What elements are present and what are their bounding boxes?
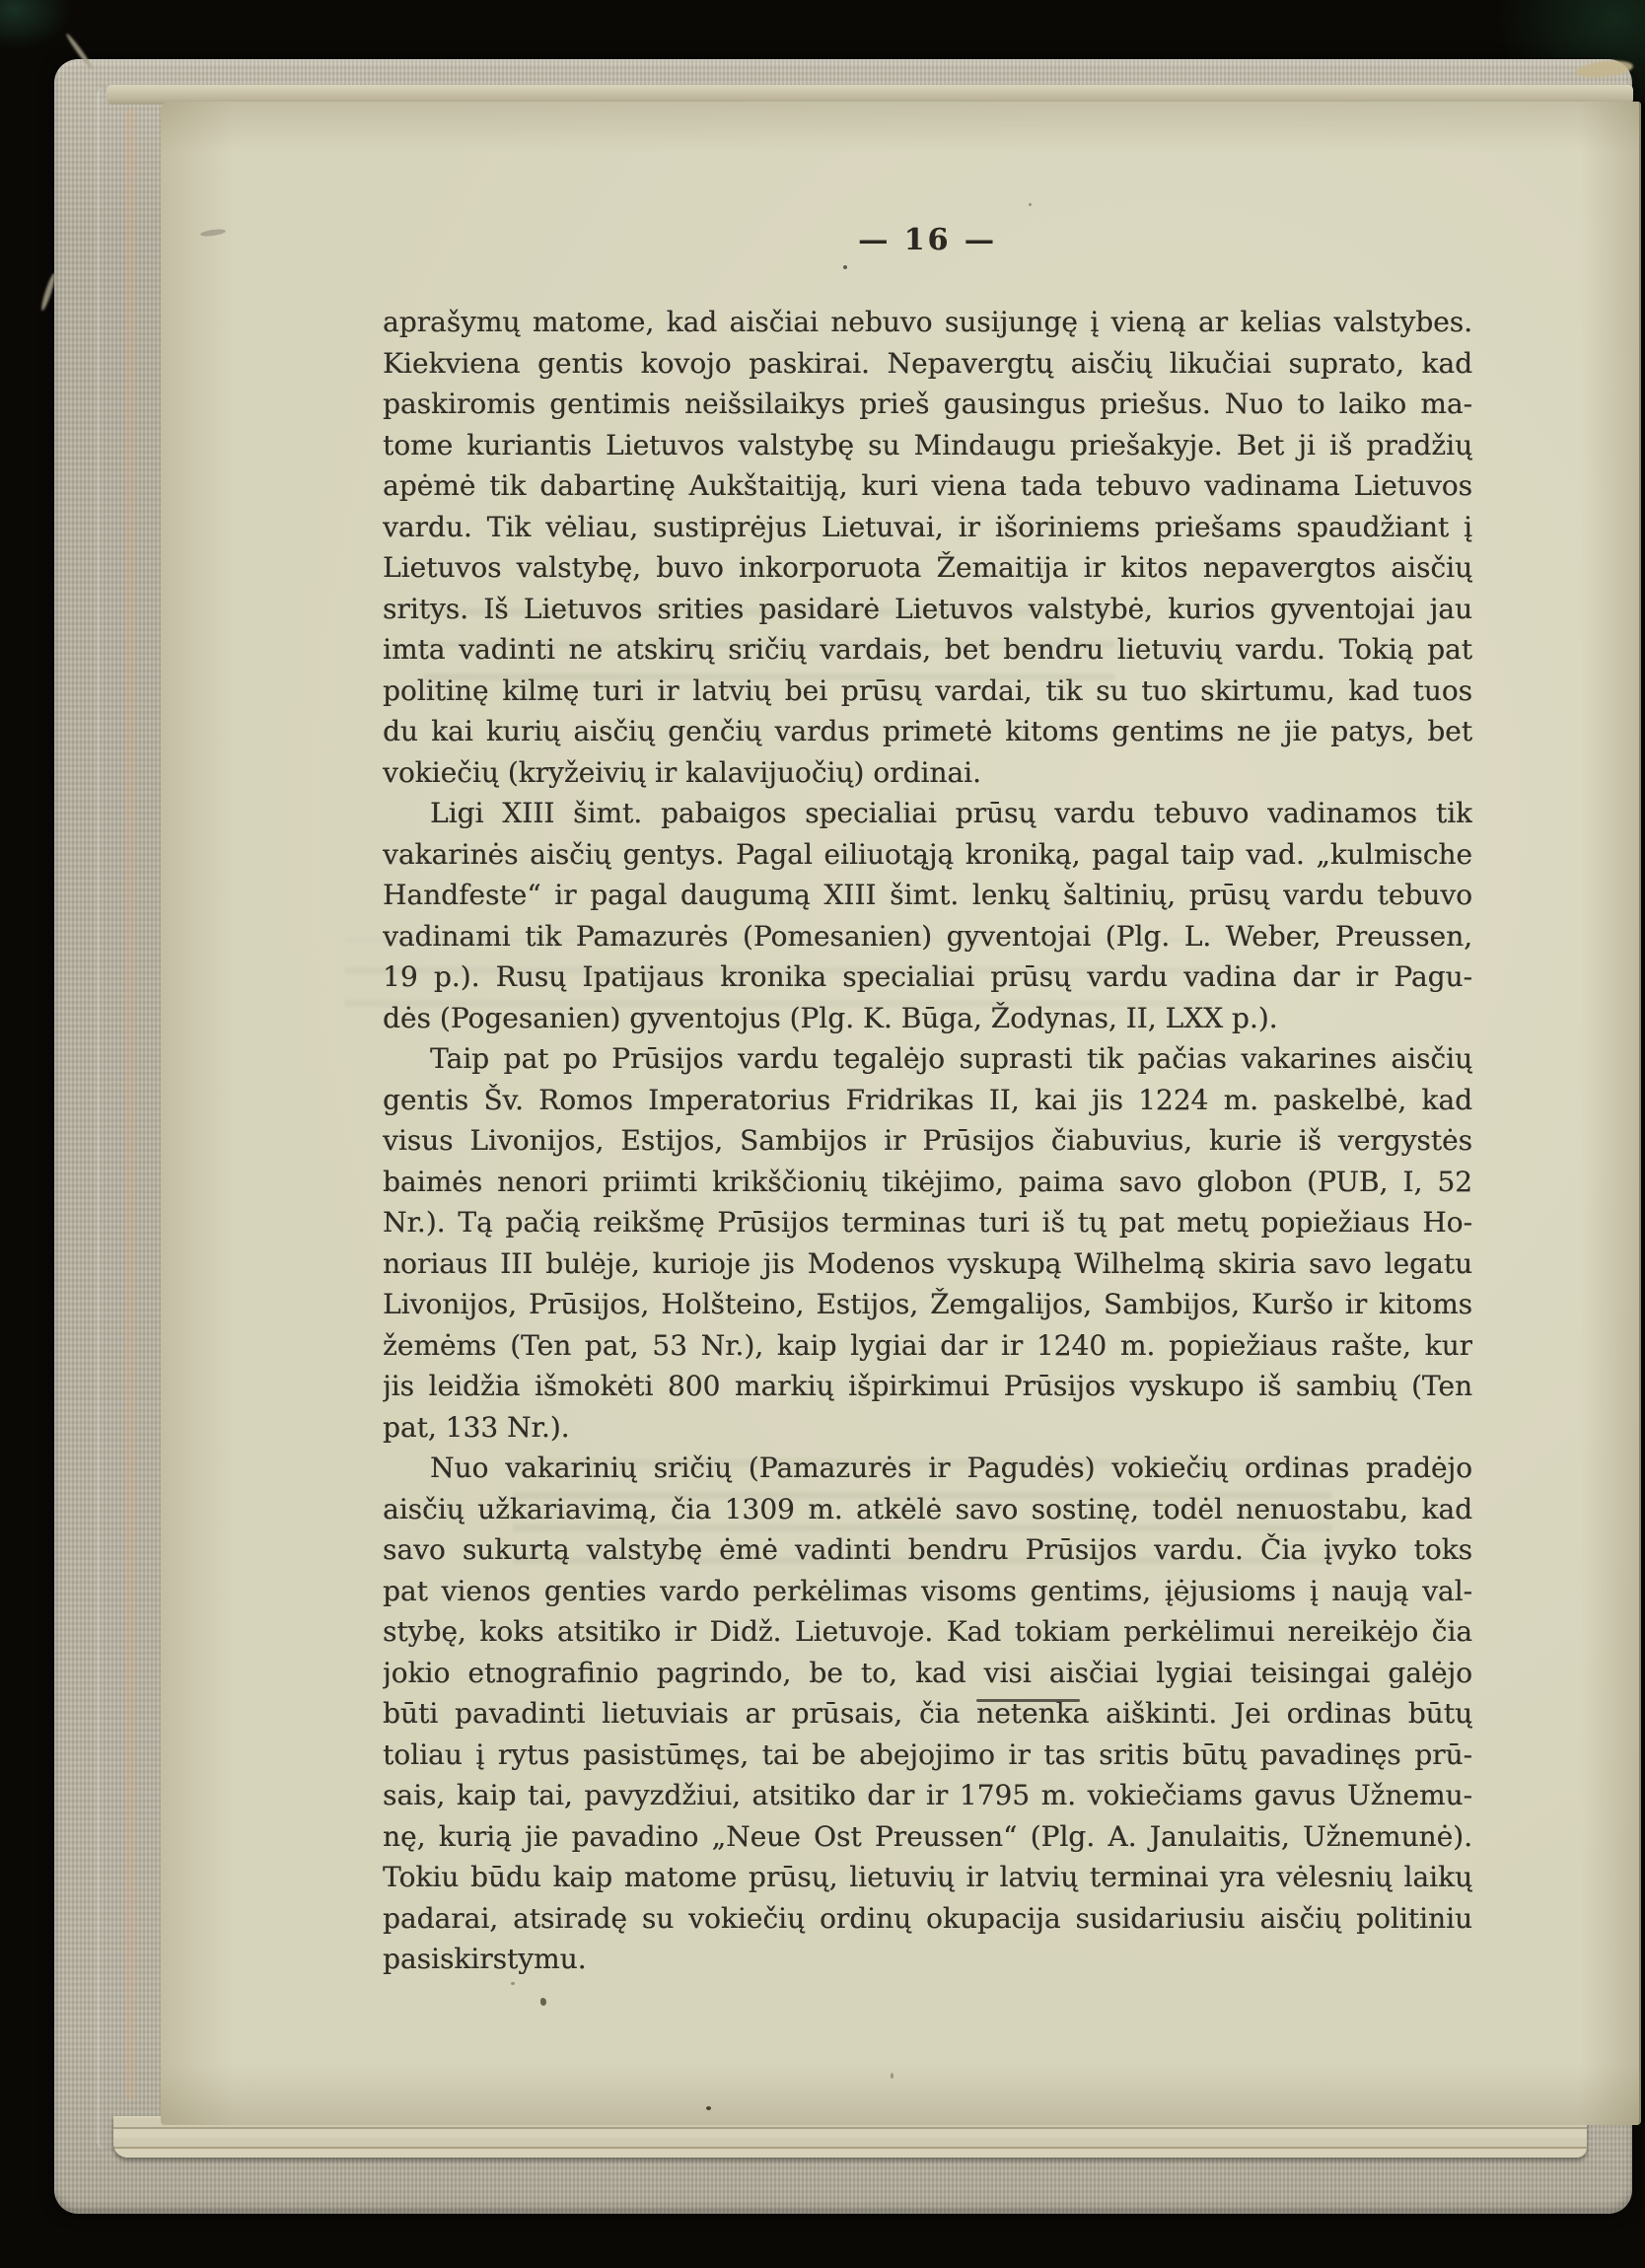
text-line: Nuo vakarinių sričių (Pamazurės ir Pagud… bbox=[383, 1448, 1472, 1489]
text-line: dės (Pogesanien) gyventojus (Plg. K. Būg… bbox=[383, 998, 1472, 1039]
text-line: žemėms (Ten pat, 53 Nr.), kaip lygiai da… bbox=[383, 1325, 1472, 1367]
text-line: vakarinės aisčių gentys. Pagal eiliuotąj… bbox=[383, 834, 1472, 876]
page-edge-stack-tint bbox=[126, 108, 140, 2100]
text-line: vardu. Tik vėliau, sustiprėjus Lietuvai,… bbox=[383, 507, 1472, 548]
text-line: imta vadinti ne atskirų sričių vardais, … bbox=[383, 629, 1472, 671]
text-line: 19 p.). Rusų Ipatijaus kronika specialia… bbox=[383, 957, 1472, 998]
page-number: — 16 — bbox=[383, 223, 1472, 257]
text-line: sritys. Iš Lietuvos srities pasidarė Lie… bbox=[383, 589, 1472, 630]
text-line: Livonijos, Prūsijos, Holšteino, Estijos,… bbox=[383, 1284, 1472, 1325]
text-line: jokio etnografinio pagrindo, be to, kad … bbox=[383, 1653, 1472, 1694]
netenka-overline-mark bbox=[976, 1699, 1080, 1702]
photo-of-book-page: { "page": { "number": "16", "number_labe… bbox=[0, 0, 1645, 2268]
text-line: politinę kilmę turi ir latvių bei prūsų … bbox=[383, 671, 1472, 712]
text-line: savo sukurtą valstybę ėmė vadinti bendru… bbox=[383, 1529, 1472, 1571]
text-line: Nr.). Tą pačią reikšmę Prūsijos terminas… bbox=[383, 1202, 1472, 1243]
text-line: aisčių užkariavimą, čia 1309 m. atkėlė s… bbox=[383, 1489, 1472, 1530]
text-line: Tokiu būdu kaip matome prūsų, lietuvių i… bbox=[383, 1857, 1472, 1898]
ink-speck bbox=[891, 2073, 894, 2079]
text-line: Taip pat po Prūsijos vardu tegalėjo supr… bbox=[383, 1038, 1472, 1080]
ink-speck bbox=[511, 1982, 515, 1985]
text-line: Kiekviena gentis kovojo paskirai. Nepave… bbox=[383, 343, 1472, 385]
text-block: aprašymų matome, kad aisčiai nebuvo susi… bbox=[383, 302, 1472, 1980]
text-line: du kai kurių aisčių genčių vardus primet… bbox=[383, 711, 1472, 752]
text-line: pasiskirstymu. bbox=[383, 1939, 1472, 1980]
text-line: aprašymų matome, kad aisčiai nebuvo susi… bbox=[383, 302, 1472, 343]
corner-shadow-tint bbox=[0, 0, 69, 47]
text-line: jis leidžia išmokėti 800 markių išpirkim… bbox=[383, 1366, 1472, 1407]
text-line: būti pavadinti lietuviais ar prūsais, či… bbox=[383, 1693, 1472, 1735]
text-line: visus Livonijos, Estijos, Sambijos ir Pr… bbox=[383, 1120, 1472, 1162]
ink-speck bbox=[706, 2106, 711, 2110]
text-line: paskiromis gentimis neišsilaikys prieš g… bbox=[383, 384, 1472, 425]
text-line: padarai, atsiradę su vokiečių ordinų oku… bbox=[383, 1898, 1472, 1940]
ink-speck bbox=[540, 1998, 546, 2006]
text-line: sais, kaip tai, pavyzdžiui, atsitiko dar… bbox=[383, 1775, 1472, 1816]
text-line: vokiečių (kryžeivių ir kalavijuočių) ord… bbox=[383, 752, 1472, 794]
text-line: nę, kurią jie pavadino „Neue Ost Preusse… bbox=[383, 1816, 1472, 1858]
text-line: gentis Šv. Romos Imperatorius Fridrikas … bbox=[383, 1080, 1472, 1121]
text-line: Lietuvos valstybę, buvo inkorporuota Žem… bbox=[383, 547, 1472, 589]
ink-speck bbox=[843, 265, 847, 269]
text-line: vadinami tik Pamazurės (Pomesanien) gyve… bbox=[383, 916, 1472, 957]
text-line: tome kuriantis Lietuvos valstybę su Mind… bbox=[383, 425, 1472, 466]
ink-speck bbox=[1029, 203, 1032, 206]
text-line: pat, 133 Nr.). bbox=[383, 1407, 1472, 1449]
text-line: baimės nenori priimti krikščionių tikėji… bbox=[383, 1162, 1472, 1203]
text-line: pat vienos genties vardo perkėlimas viso… bbox=[383, 1571, 1472, 1612]
text-line: Ligi XIII šimt. pabaigos specialiai prūs… bbox=[383, 793, 1472, 834]
text-line: noriaus III bulėje, kurioje jis Modenos … bbox=[383, 1243, 1472, 1285]
text-line: stybę, koks atsitiko ir Didž. Lietuvoje.… bbox=[383, 1611, 1472, 1653]
text-line: toliau į rytus pasistūmęs, tai be abejoj… bbox=[383, 1735, 1472, 1776]
text-line: apėmė tik dabartinę Aukštaitiją, kuri vi… bbox=[383, 465, 1472, 507]
text-line: Handfeste“ ir pagal daugumą XIII šimt. l… bbox=[383, 875, 1472, 916]
